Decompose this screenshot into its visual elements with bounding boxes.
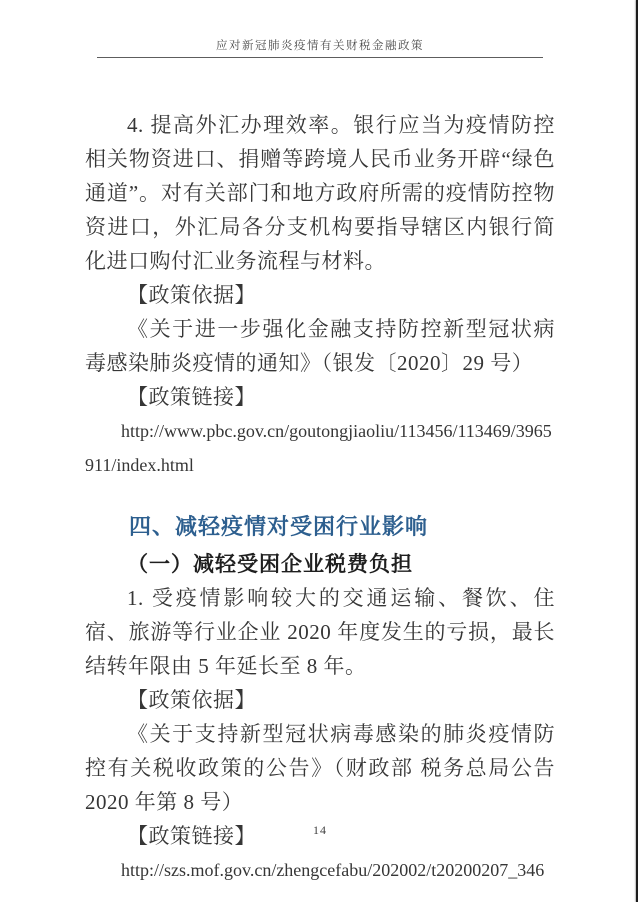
section-subheading: （一）减轻受困企业税费负担: [85, 547, 555, 581]
policy-link-url-2: http://szs.mof.gov.cn/zhengcefabu/202002…: [85, 853, 555, 887]
body-paragraph-item1: 1. 受疫情影响较大的交通运输、餐饮、住宿、旅游等行业企业 2020 年度发生的…: [85, 581, 555, 683]
policy-basis-citation-1: 《关于进一步强化金融支持防控新型冠状病毒感染肺炎疫情的通知》（银发〔2020〕2…: [85, 312, 555, 380]
running-header-title: 应对新冠肺炎疫情有关财税金融政策: [0, 37, 640, 53]
policy-basis-label-1: 【政策依据】: [85, 278, 555, 312]
section-heading: 四、减轻疫情对受困行业影响: [85, 507, 555, 547]
policy-link-url-1: http://www.pbc.gov.cn/goutongjiaoliu/113…: [85, 414, 555, 482]
policy-link-label-1: 【政策链接】: [85, 380, 555, 414]
content-area: 4. 提高外汇办理效率。银行应当为疫情防控相关物资进口、捐赠等跨境人民币业务开辟…: [85, 108, 555, 887]
scan-edge-line: [636, 0, 638, 902]
policy-basis-label-2: 【政策依据】: [85, 683, 555, 717]
header-rule: [97, 57, 543, 58]
body-paragraph-item4: 4. 提高外汇办理效率。银行应当为疫情防控相关物资进口、捐赠等跨境人民币业务开辟…: [85, 108, 555, 278]
page-number: 14: [0, 823, 640, 838]
policy-basis-citation-2: 《关于支持新型冠状病毒感染的肺炎疫情防控有关税收政策的公告》（财政部 税务总局公…: [85, 717, 555, 819]
document-page: 应对新冠肺炎疫情有关财税金融政策 4. 提高外汇办理效率。银行应当为疫情防控相关…: [0, 0, 640, 902]
